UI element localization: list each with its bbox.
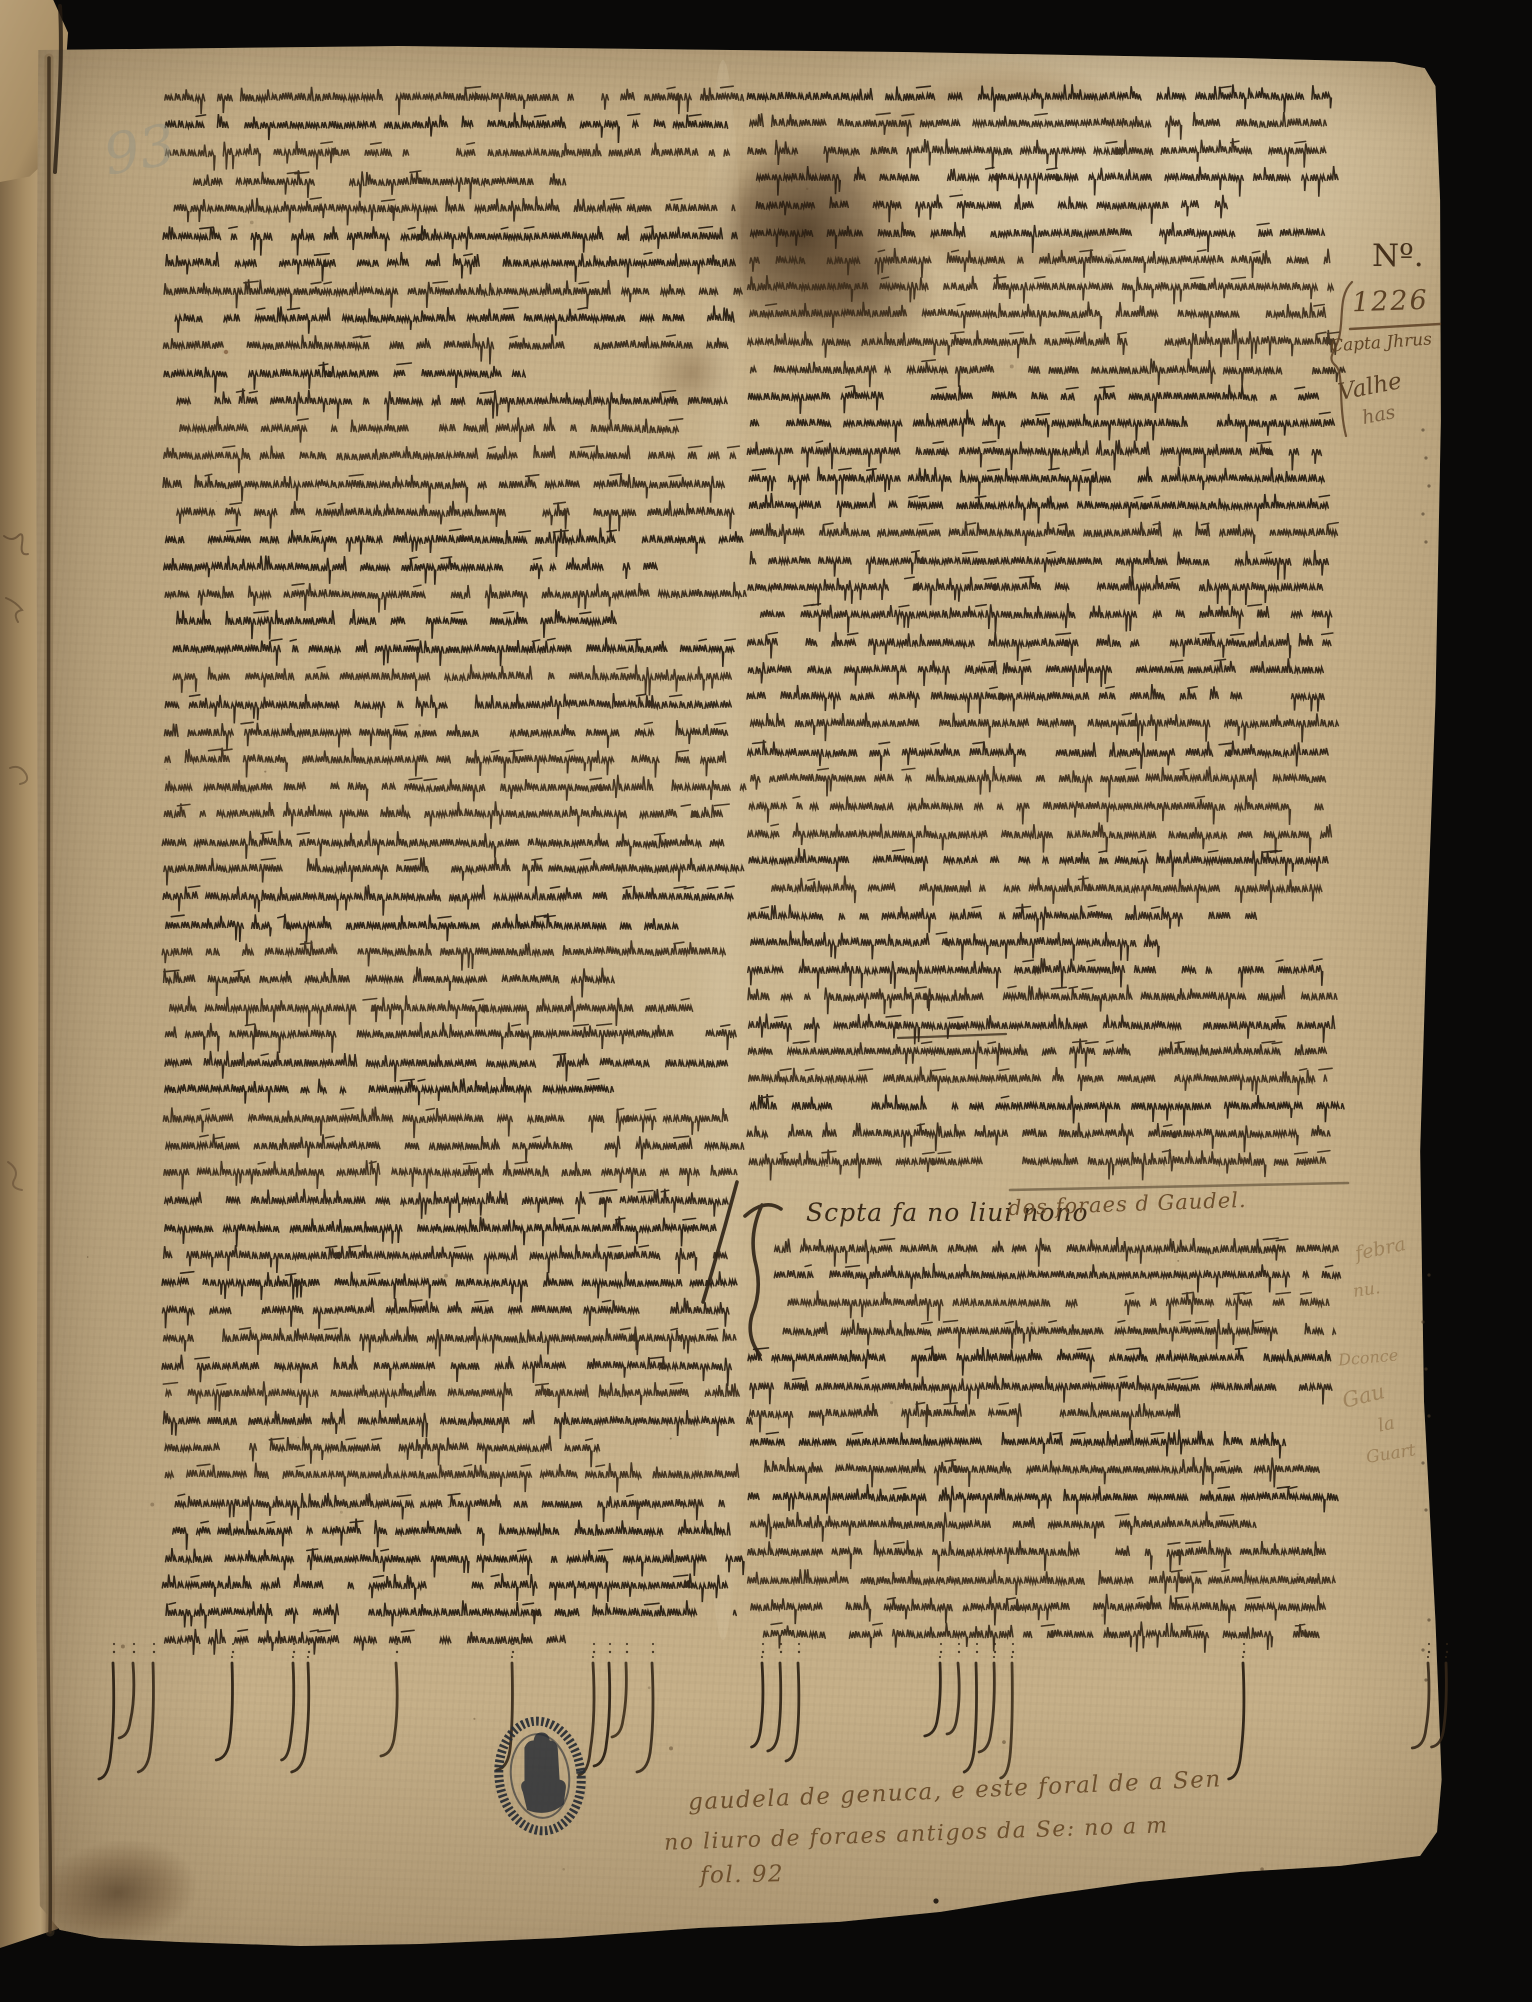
ink-speck (1446, 1651, 1448, 1653)
ink-speck (1445, 1656, 1447, 1658)
dark-stain-2 (788, 214, 938, 364)
ink-speck (1446, 1643, 1448, 1645)
manuscript-photo: 93 Nº. 1226 Capta Jhrus Valhe has febra … (0, 0, 1532, 2002)
ink-speck (1427, 1273, 1430, 1276)
stain-tail (618, 302, 766, 444)
bottom-left-stain (31, 1829, 204, 1955)
parchment-page (0, 0, 1532, 2002)
tide-stain (826, 52, 1196, 292)
intercolumn-band (694, 60, 752, 1640)
ink-speck (1427, 1414, 1430, 1417)
dark-stain (665, 86, 939, 384)
ink-speck (1424, 1367, 1427, 1370)
